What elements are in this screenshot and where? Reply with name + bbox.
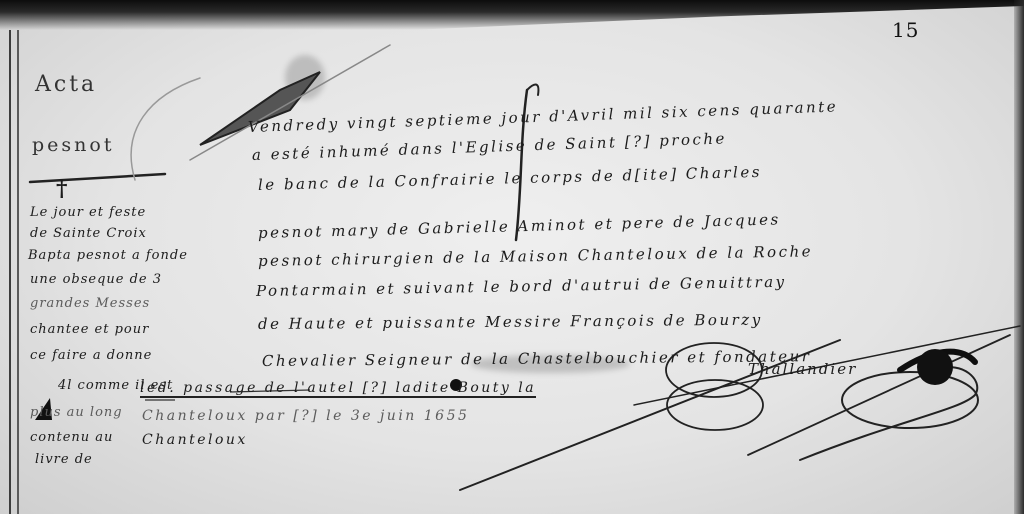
manuscript-page: 15 Acta pesnot † Le jour et feste de Sai… <box>0 0 1024 514</box>
margin-line: ce faire a donne <box>30 348 152 363</box>
margin-name: pesnot <box>32 134 114 156</box>
margin-line: Bapta pesnot a fonde <box>28 248 188 263</box>
margin-line: livre de <box>35 452 93 467</box>
record-line: Chanteloux par [?] le 3e juin 1655 <box>142 408 469 424</box>
signature-thallandier: Thallandier <box>748 360 857 378</box>
margin-line: Le jour et feste <box>30 205 146 220</box>
record-line: led. passage de l'autel [?] ladite Bouty… <box>140 380 536 396</box>
folio-number: 15 <box>892 18 919 42</box>
margin-line: une obseque de 3 <box>30 272 162 287</box>
margin-line: plus au long <box>30 405 123 420</box>
record-line: Chanteloux <box>142 432 248 448</box>
cross-icon: † <box>56 176 69 202</box>
margin-heading: Acta <box>35 72 97 97</box>
underlined-phrase: led. passage de l'autel [?] ladite Bouty… <box>140 380 536 398</box>
margin-line: grandes Messes <box>30 296 150 311</box>
margin-line: contenu au <box>30 430 113 445</box>
margin-line: de Sainte Croix <box>30 226 147 241</box>
margin-line: chantee et pour <box>30 322 149 337</box>
